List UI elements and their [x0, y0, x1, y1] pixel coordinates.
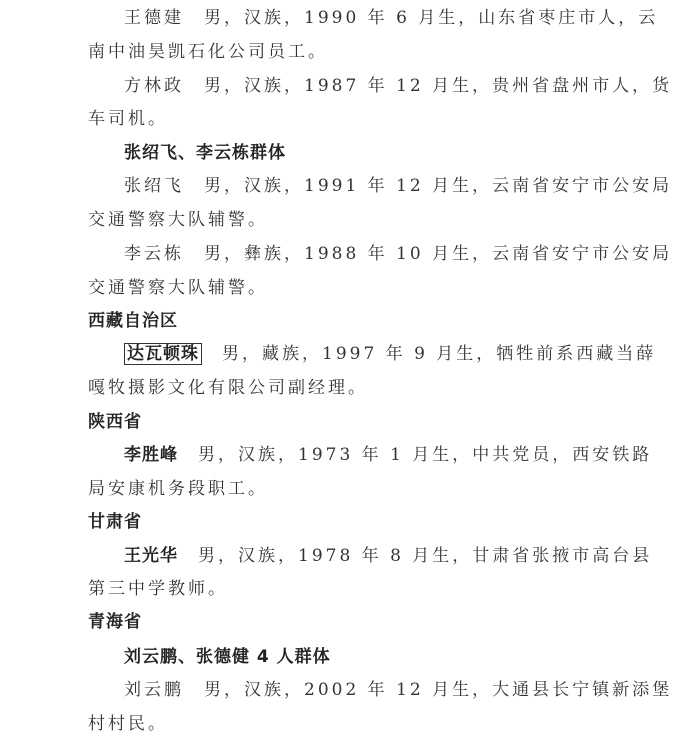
continuation-line: 交通警察大队辅警。: [88, 276, 268, 300]
person-entry: 王德建男，汉族，1990 年 6 月生，山东省枣庄市人，云: [124, 6, 658, 30]
person-name: 刘云鹏: [124, 680, 184, 700]
person-details: 男，汉族，1978 年 8 月生，甘肃省张掖市高台县: [198, 546, 652, 566]
continuation-line: 交通警察大队辅警。: [88, 208, 268, 232]
person-name-highlighted[interactable]: 达瓦顿珠: [124, 343, 202, 365]
person-details: 男，汉族，1987 年 12 月生，贵州省盘州市人，货: [204, 76, 672, 96]
person-entry: 刘云鹏男，汉族，2002 年 12 月生，大通县长宁镇新添堡: [124, 678, 672, 702]
person-entry: 王光华男，汉族，1978 年 8 月生，甘肃省张掖市高台县: [124, 544, 652, 568]
person-name: 王德建: [124, 8, 184, 28]
person-entry: 李胜峰男，汉族，1973 年 1 月生，中共党员，西安铁路: [124, 443, 652, 467]
continuation-line: 南中油昊凯石化公司员工。: [88, 40, 328, 64]
continuation-line: 局安康机务段职工。: [88, 477, 268, 501]
continuation-line: 车司机。: [88, 107, 168, 131]
person-entry: 张绍飞男，汉族，1991 年 12 月生，云南省安宁市公安局: [124, 174, 672, 198]
continuation-line: 嘎牧摄影文化有限公司副经理。: [88, 376, 368, 400]
continuation-line: 第三中学教师。: [88, 577, 228, 601]
region-heading: 青海省: [88, 610, 142, 634]
continuation-line: 村村民。: [88, 712, 168, 736]
person-details: 男，彝族，1988 年 10 月生，云南省安宁市公安局: [204, 244, 672, 264]
person-details: 男，藏族，1997 年 9 月生，牺牲前系西藏当薛: [222, 344, 656, 364]
person-name: 李云栋: [124, 244, 184, 264]
person-name: 王光华: [124, 546, 178, 566]
person-details: 男，汉族，1991 年 12 月生，云南省安宁市公安局: [204, 176, 672, 196]
region-heading: 陕西省: [88, 410, 142, 434]
person-name: 李胜峰: [124, 445, 178, 465]
region-heading: 甘肃省: [88, 510, 142, 534]
person-entry: 达瓦顿珠男，藏族，1997 年 9 月生，牺牲前系西藏当薛: [124, 342, 656, 366]
person-details: 男，汉族，1973 年 1 月生，中共党员，西安铁路: [198, 445, 652, 465]
person-name: 张绍飞: [124, 176, 184, 196]
person-details: 男，汉族，2002 年 12 月生，大通县长宁镇新添堡: [204, 680, 672, 700]
person-entry: 方林政男，汉族，1987 年 12 月生，贵州省盘州市人，货: [124, 74, 672, 98]
group-heading: 刘云鹏、张德健 4 人群体: [124, 645, 331, 669]
region-heading: 西藏自治区: [88, 309, 178, 333]
person-entry: 李云栋男，彝族，1988 年 10 月生，云南省安宁市公安局: [124, 242, 672, 266]
person-details: 男，汉族，1990 年 6 月生，山东省枣庄市人，云: [204, 8, 658, 28]
person-name: 方林政: [124, 76, 184, 96]
group-heading: 张绍飞、李云栋群体: [124, 141, 286, 165]
